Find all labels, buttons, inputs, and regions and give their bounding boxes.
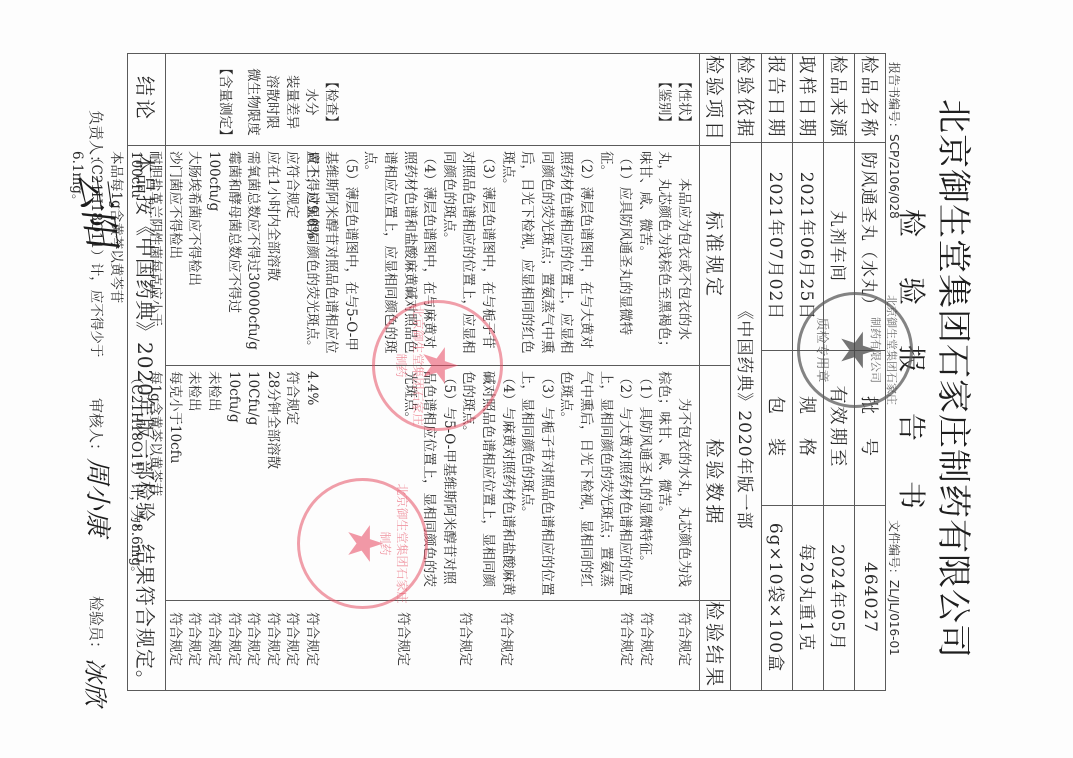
data-column: 为不包衣的水丸，丸芯颜色为浅棕色；味甘、咸、微苦。 （1）具防风通圣丸的显微特征… — [399, 371, 693, 596]
result-micro-bile: 符合规定 — [184, 612, 204, 692]
standards-column: 本品应为包衣或不包衣的水丸，丸芯颜色为浅棕色至黑褐色；味甘、咸、微苦。 （1）应… — [301, 151, 693, 361]
result-id2: 符合规定 — [615, 612, 635, 666]
result-id4: 符合规定 — [454, 612, 474, 666]
standard-character: 本品应为包衣或不包衣的水丸，丸芯颜色为浅棕色至黑褐色；味甘、咸、微苦。 — [634, 151, 693, 361]
responsible-signature: 云阳 — [68, 167, 133, 250]
data-id2: （2）与大黄对照药材色谱相应的位置上，显相同颜色的荧光斑点；置氨蒸气中熏后，日光… — [556, 371, 634, 596]
standard-id3: （3）薄层色谱图中，在与栀子苷对照品色谱相应的位置上，应显相同颜色的斑点。 — [438, 151, 497, 361]
conclusion-text: 本品按《中国药典》2020年版一部检验，结果符合规定。 — [128, 145, 166, 690]
item-assay: 【含量测定】 — [214, 60, 234, 144]
result-weight-variation: 符合规定 — [282, 612, 302, 692]
inspector-label: 检验员： — [86, 596, 107, 656]
file-number: 文件编号：ZL/JL/016-01 — [886, 520, 903, 656]
standard-id4: （4）薄层色谱图中，在与麻黄对照药材色谱和盐酸麻黄碱对照品色谱相应位置上，应显相… — [360, 151, 438, 361]
col-divider — [128, 145, 731, 146]
result-micro-ecoli: 符合规定 — [203, 612, 223, 692]
value-product-name: 防风通圣丸（水丸） — [855, 142, 886, 350]
items-column-lower: 【检查】 水分 装量差异 溶散时限 微生物限度 【含量测定】 — [214, 60, 340, 144]
data-moisture: 4.4% — [301, 371, 321, 596]
responsible-label: 负责人： — [86, 110, 107, 170]
label-source: 检品来源 — [824, 53, 855, 142]
value-package: 6g×10袋×100盒 — [762, 505, 793, 690]
item-character: 【性状】 — [673, 60, 693, 144]
data-micro-mold: 10cfu/g — [223, 371, 243, 596]
header-standard: 标准规定 — [700, 145, 731, 365]
data-micro-salmonella: 未检出 — [184, 371, 204, 596]
results-column-lower: 符合规定 符合规定 符合规定 符合规定 符合规定 符合规定 符合规定 符合规定 — [164, 612, 321, 692]
label-batch: 批 号 — [855, 350, 886, 505]
item-microbial: 微生物限度 — [242, 60, 262, 144]
result-id5: 符合规定 — [392, 612, 412, 666]
value-source: 丸剂车间 — [824, 142, 855, 350]
value-report-date: 2021年07月02日 — [762, 142, 793, 350]
inspection-report-page: 北京御生堂集团石家庄制药有限公司 检验报告书 报告书编号：SCP/2106/02… — [0, 0, 1073, 758]
header-item: 检验项目 — [700, 53, 731, 145]
value-basis: 《中国药典》2020年版一部 — [731, 142, 762, 690]
data-id3: （3）与栀子苷对照品色谱相应的位置上，显相同颜色的斑点。 — [517, 371, 556, 596]
col-divider — [166, 365, 731, 366]
data-id4: （4）与麻黄对照药材色谱和盐酸麻黄碱对照品色谱相应位置上，显相同颜色的斑点。 — [458, 371, 517, 596]
data-disintegration: 28分钟全部溶散 — [262, 371, 282, 596]
value-expiry: 2024年05月 — [824, 505, 855, 690]
result-id1: 符合规定 — [635, 612, 655, 666]
col-divider — [166, 600, 731, 601]
result-assay: 符合规定 — [164, 612, 184, 692]
result-micro-mold: 符合规定 — [223, 612, 243, 692]
item-examination: 【检查】 — [320, 60, 340, 144]
standard-micro-aerobic: 需氧菌总数应不得过30000cfu/g — [243, 151, 263, 363]
report-number-label: 报告书编号： — [887, 62, 901, 134]
standard-disintegration: 应在1小时内全部溶散 — [262, 151, 282, 363]
data-id5: （5）与5-O-甲基维斯阿米醇苷对照品色谱相应位置上，显相同颜色的荧光斑点。 — [399, 371, 458, 596]
report-number-value: SCP/2106/028 — [887, 134, 901, 219]
label-basis: 检验依据 — [731, 53, 762, 142]
file-number-label: 文件编号： — [887, 520, 901, 580]
standard-id1: （1）应具防风通圣丸的显微特征。 — [595, 151, 634, 361]
header-result: 检验结果 — [700, 600, 731, 690]
value-batch: 464027 — [855, 505, 886, 690]
data-character: 为不包衣的水丸，丸芯颜色为浅棕色；味甘、咸、微苦。 — [654, 371, 693, 596]
data-micro-ecoli: 未检出 — [203, 371, 223, 596]
company-title: 北京御生堂集团石家庄制药有限公司 — [932, 0, 981, 758]
result-disintegration: 符合规定 — [262, 612, 282, 692]
item-disintegration: 溶散时限 — [262, 60, 282, 144]
label-package: 包 装 — [762, 350, 793, 505]
conclusion-label: 结论 — [128, 53, 166, 145]
data-micro-bile: 每克小于10cfu — [164, 371, 184, 596]
result-character: 符合规定 — [673, 612, 693, 666]
standard-micro-mold: 霉菌和酵母菌总数应不得过100cfu/g — [203, 151, 242, 363]
label-product-name: 检品名称 — [855, 53, 886, 142]
result-micro-aerobic: 符合规定 — [243, 612, 263, 692]
label-expiry: 有效期至 — [824, 350, 855, 505]
standard-micro-salmonella: 沙门菌应不得检出 — [164, 151, 184, 363]
item-moisture: 水分 — [301, 60, 321, 144]
inspector-signature: 冰欣 — [80, 658, 115, 706]
header-data: 检验数据 — [700, 365, 731, 600]
reviewer-signature: 周小康 — [81, 458, 118, 536]
standard-weight-variation: 应符合规定 — [282, 151, 302, 363]
result-moisture: 符合规定 — [301, 612, 321, 692]
items-column: 【性状】 【鉴别】 — [654, 60, 693, 144]
file-number-value: ZL/JL/016-01 — [887, 580, 901, 656]
reviewer-label: 审核人： — [86, 398, 107, 458]
value-spec: 每20丸重1克 — [793, 505, 824, 690]
standard-id2: （2）薄层色谱图中，在与大黄对照药材色谱相应的位置上，应显相同颜色的荧光斑点；置… — [497, 151, 595, 361]
report-number: 报告书编号：SCP/2106/028 — [886, 62, 903, 219]
standard-micro-ecoli: 大肠埃希菌应不得检出 — [184, 151, 204, 363]
star-icon: ★ — [341, 522, 389, 565]
standard-moisture: 应不得过9.0% — [301, 151, 321, 363]
result-id3: 符合规定 — [495, 612, 515, 666]
data-id1: （1）具防风通圣丸的显微特征。 — [634, 371, 654, 596]
value-sample-date: 2021年06月25日 — [793, 142, 824, 350]
label-sample-date: 取样日期 — [793, 53, 824, 142]
item-identification: 【鉴别】 — [654, 60, 674, 144]
label-spec: 规 格 — [793, 350, 824, 505]
label-report-date: 报告日期 — [762, 53, 793, 142]
data-micro-aerobic: 10Cfu/g — [243, 371, 263, 596]
item-weight-variation: 装量差异 — [281, 60, 301, 144]
data-weight-variation: 符合规定 — [282, 371, 302, 596]
